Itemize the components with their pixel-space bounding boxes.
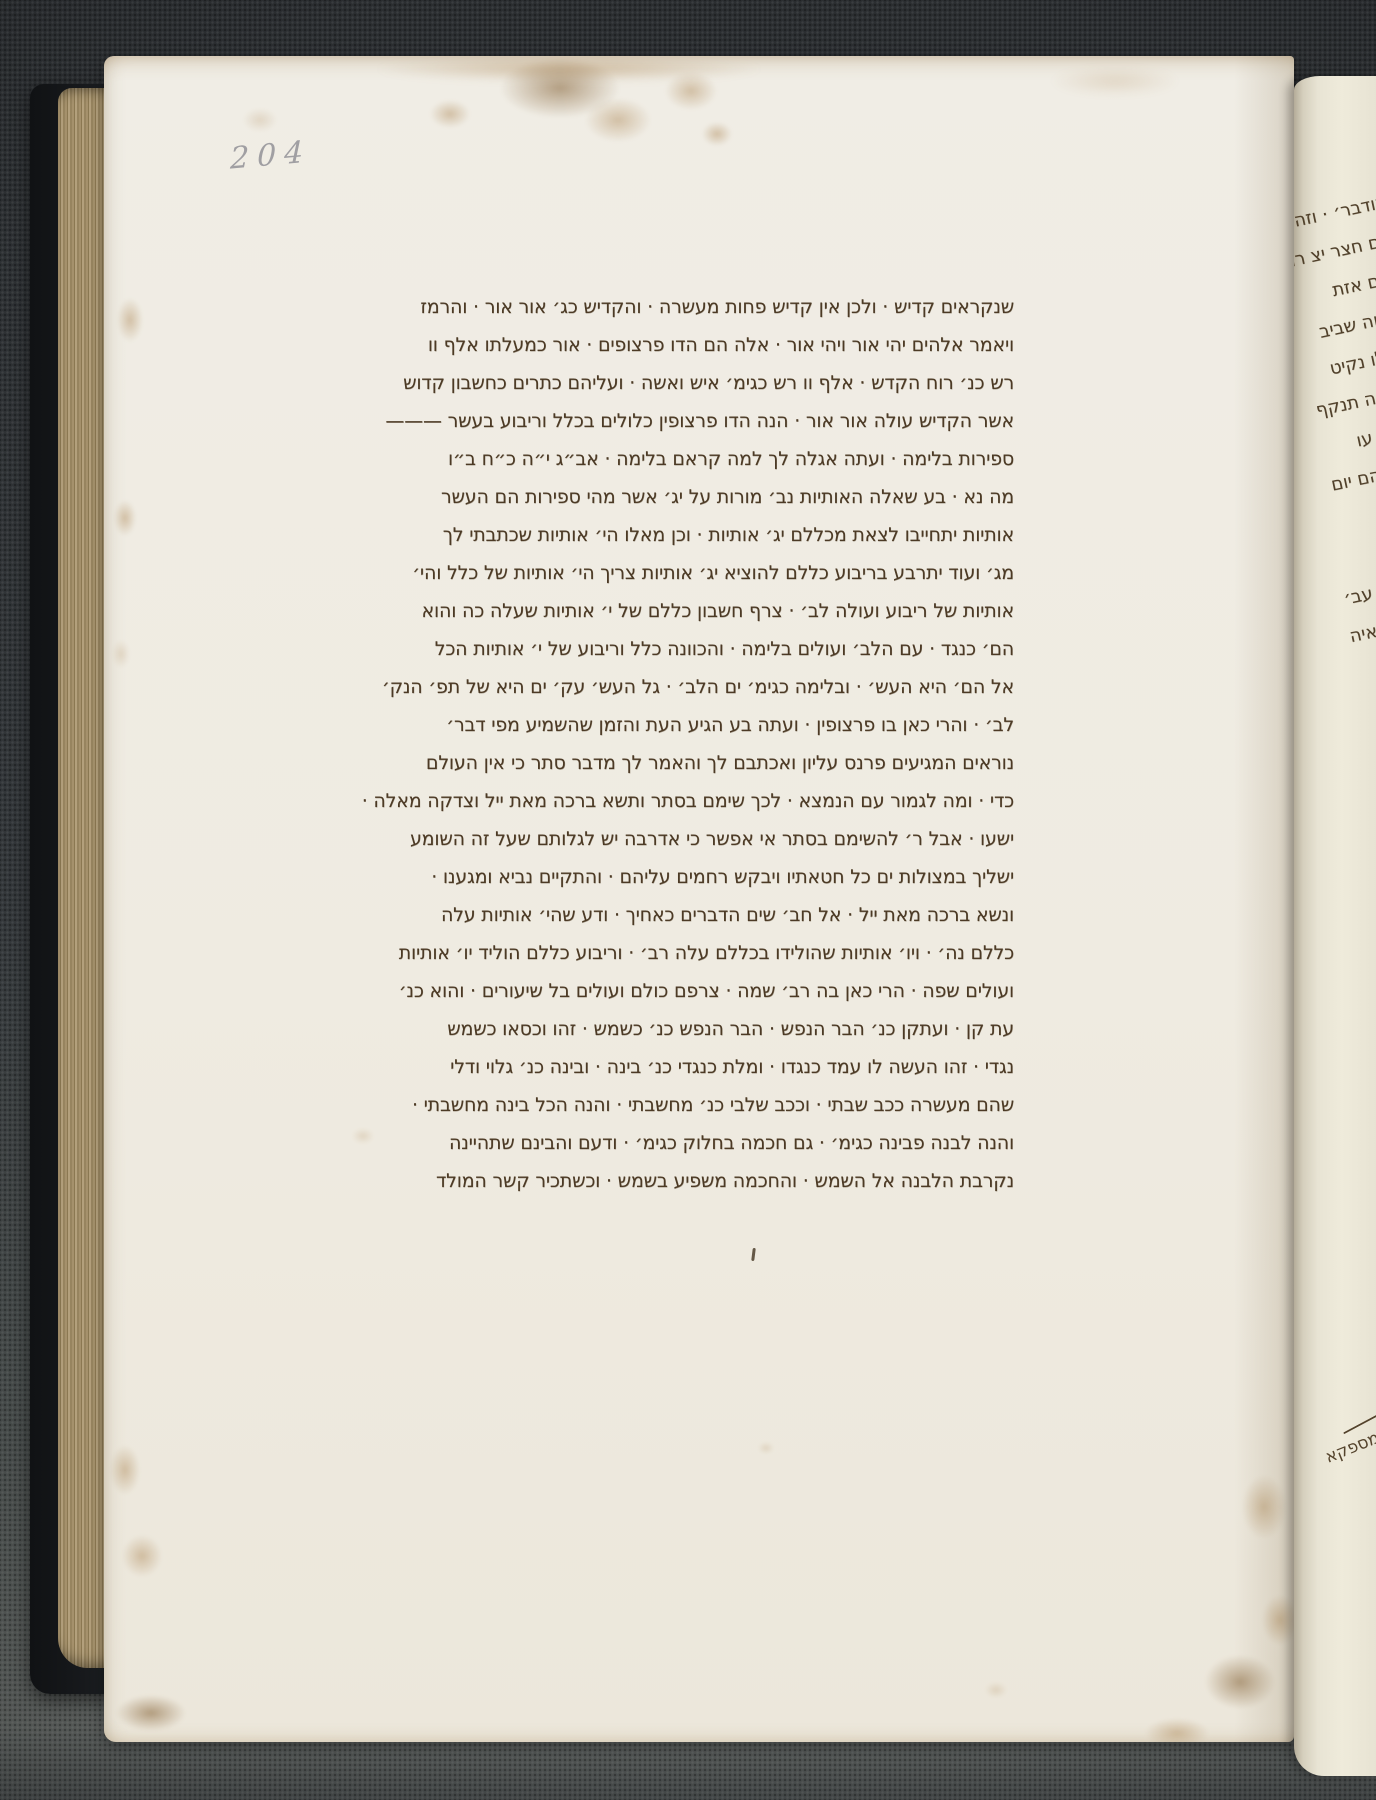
manuscript-text-line: אשר הקדיש עולה אור אור · הנה הדו פרצופין…: [436, 402, 1014, 440]
manuscript-text-line: נגדי · זהו העשה לו עמד כנגדו · ומלת כנגד…: [436, 1048, 1014, 1086]
foxing-spot: [122, 1535, 162, 1577]
foxing-spot: [1145, 1718, 1209, 1742]
foxing-spot: [117, 298, 143, 342]
manuscript-text-line: אל הם׳ היא העש׳ · ובלימה כגימ׳ ים הלב׳ ·…: [436, 668, 1014, 706]
manuscript-text-line: שנקראים קדיש · ולכן אין קדיש פחות מעשרה …: [436, 288, 1014, 326]
foxing-spot: [1050, 66, 1180, 96]
manuscript-text-line: הם׳ כנגד · עם הלב׳ ועולים בלימה · והכוונ…: [436, 630, 1014, 668]
foxing-spot: [702, 122, 732, 146]
manuscript-text-line: מג׳ ועוד יתרבע בריבוע כללם להוציא יג׳ או…: [436, 554, 1014, 592]
manuscript-text-line: רש כנ׳ רוח הקדש · אלף וו רש כגימ׳ איש וא…: [436, 364, 1014, 402]
foxing-spot: [112, 640, 130, 668]
manuscript-text-line: עת קן · ועתקן כנ׳ הבר הנפש · הבר הנפש כנ…: [436, 1010, 1014, 1048]
manuscript-text-line: כללם נה׳ · ויו׳ אותיות שהולידו בכללם עלה…: [436, 934, 1014, 972]
facing-page-edge: ם מודבר׳ · וזה יודבקלם חצר יצ רםעצב ים א…: [1294, 76, 1376, 1776]
manuscript-text-line: ישעו · אבל ר׳ להשימם בסתר אי אפשר כי אדר…: [436, 820, 1014, 858]
manuscript-text-line: ונשא ברכה מאת ייל · אל חב׳ שים הדברים כא…: [436, 896, 1014, 934]
catchword-text: מספקא: [1323, 1428, 1376, 1468]
facing-page-text: ם מודבר׳ · וזה יודבקלם חצר יצ רםעצב ים א…: [1294, 180, 1376, 1215]
foxing-spot: [243, 108, 277, 132]
foxing-spot: [758, 1442, 774, 1454]
manuscript-text-line: אותיות של ריבוע ועולה לב׳ · צרף חשבון כל…: [436, 592, 1014, 630]
manuscript-text-line: אותיות יתחייבו לצאת מכללם יג׳ אותיות · ו…: [436, 516, 1014, 554]
manuscript-text-line: לב׳ · והרי כאן בו פרצופין · ועתה בע הגיע…: [436, 706, 1014, 744]
ink-mark: [751, 1248, 756, 1261]
foxing-spot: [585, 98, 651, 142]
foxing-spot: [116, 1695, 186, 1731]
manuscript-text-line: ועולים שפה · הרי כאן בה רב׳ שמה · צרפם כ…: [436, 972, 1014, 1010]
manuscript-page: 204 שנקראים קדיש · ולכן אין קדיש פחות מע…: [104, 56, 1294, 1742]
manuscript-text-block: שנקראים קדיש · ולכן אין קדיש פחות מעשרה …: [436, 288, 1014, 1200]
manuscript-text-line: שהם מעשרה ככב שבתי · וככב שלבי כנ׳ מחשבת…: [436, 1086, 1014, 1124]
manuscript-text-line: ויאמר אלהים יהי אור ויהי אור · אלה הם הד…: [436, 326, 1014, 364]
foxing-spot: [352, 1128, 374, 1144]
foxing-spot: [430, 100, 470, 128]
foxing-spot: [985, 1682, 1007, 1698]
manuscript-photo: 204 שנקראים קדיש · ולכן אין קדיש פחות מע…: [0, 0, 1376, 1800]
manuscript-text-line: ספירות בלימה · ועתה אגלה לך למה קראם בלי…: [436, 440, 1014, 478]
manuscript-text-line: כדי · ומה לגמור עם הנמצא · לכך שימם בסתר…: [436, 782, 1014, 820]
folio-number-pencil: 204: [230, 134, 312, 176]
foxing-spot: [110, 1445, 140, 1495]
foxing-spot: [665, 72, 717, 110]
manuscript-text-line: והנה לבנה פבינה כגימ׳ · גם חכמה בחלוק כג…: [436, 1124, 1014, 1162]
manuscript-text-line: ישליך במצולות ים כל חטאתיו ויבקש רחמים ע…: [436, 858, 1014, 896]
gutter-shadow: [1234, 56, 1294, 1742]
catchword: מספקא: [1294, 1409, 1376, 1480]
manuscript-text-line: נוראים המגיעים פרנס עליון ואכתבם לך והאמ…: [436, 744, 1014, 782]
manuscript-text-line: מה נא · בע שאלה האותיות נב׳ מורות על יג׳…: [436, 478, 1014, 516]
manuscript-text-line: נקרבת הלבנה אל השמש · והחכמה משפיע בשמש …: [436, 1162, 1014, 1200]
foxing-spot: [114, 500, 136, 536]
